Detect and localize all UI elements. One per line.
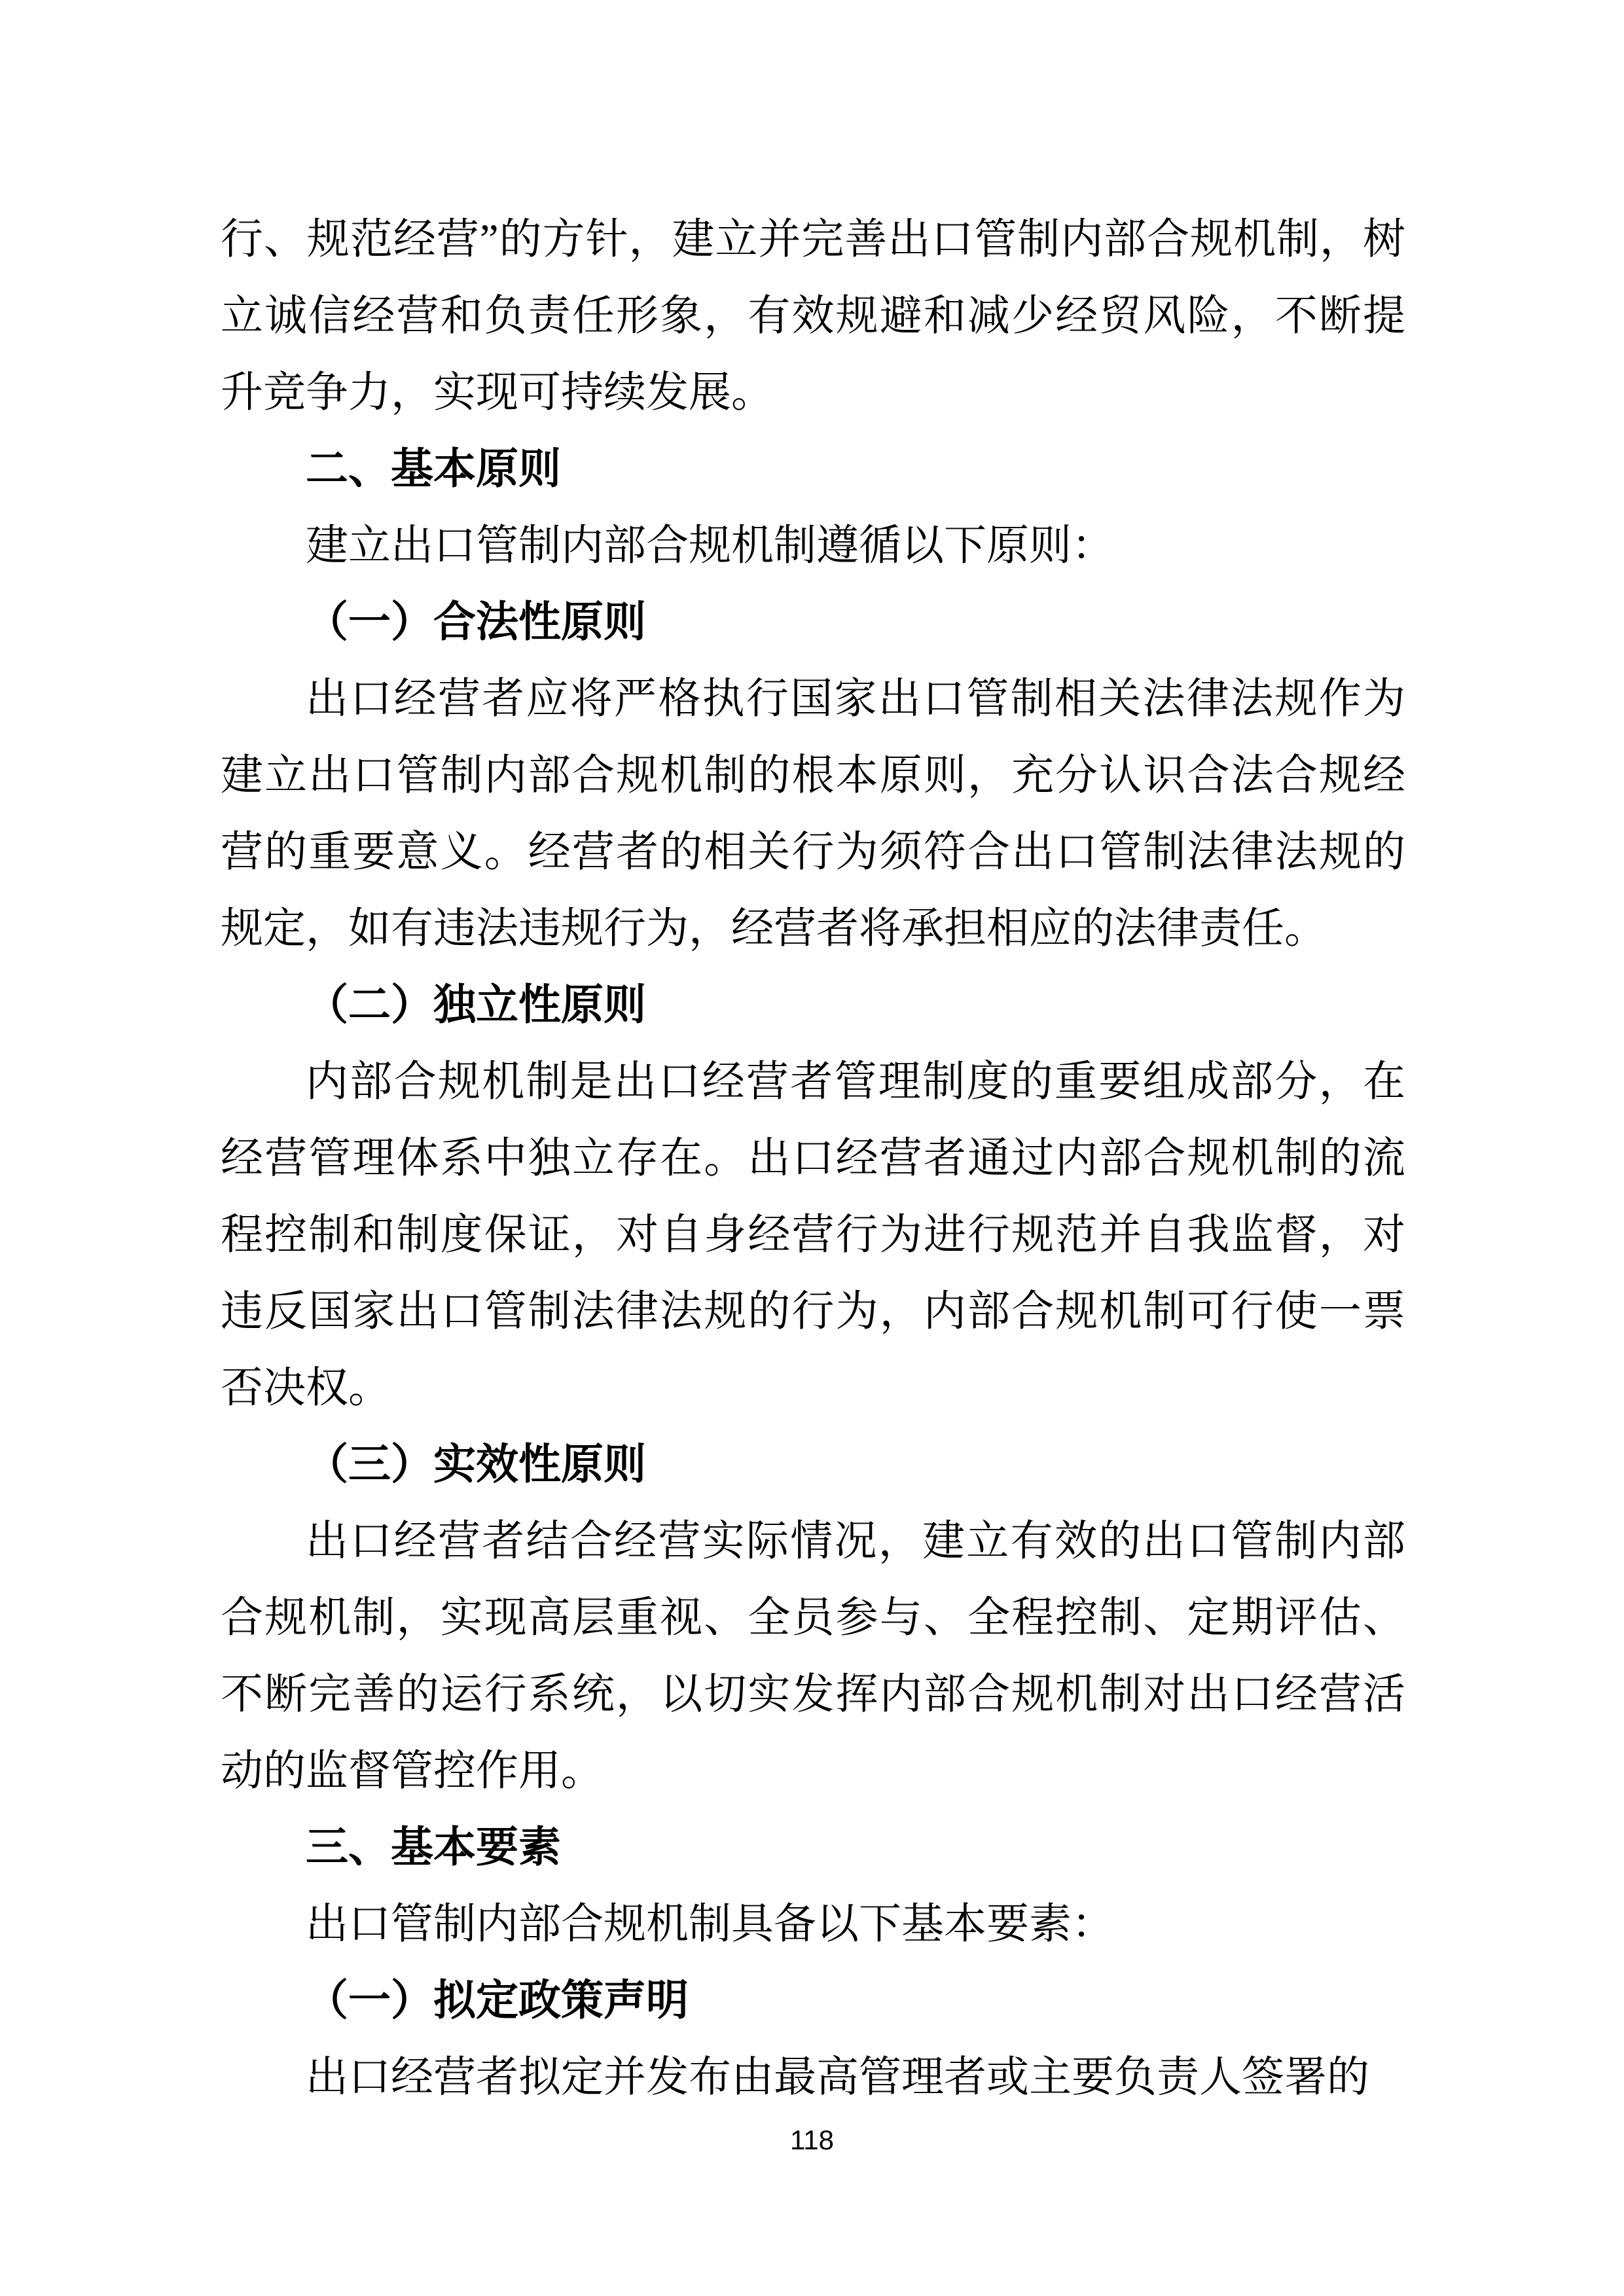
paragraph-independence-principle: 内部合规机制是出口经营者管理制度的重要组成部分，在经营管理体系中独立存在。出口经… xyxy=(221,1044,1405,1427)
paragraph-effectiveness-principle: 出口经营者结合经营实际情况，建立有效的出口管制内部合规机制，实现高层重视、全员参… xyxy=(221,1503,1405,1810)
paragraph-legality-principle: 出口经营者应将严格执行国家出口管制相关法律法规作为建立出口管制内部合规机制的根本… xyxy=(221,661,1405,967)
paragraph-policy-statement: 出口经营者拟定并发布由最高管理者或主要负责人签署的 xyxy=(221,2039,1405,2116)
section-heading-basic-elements: 三、基本要素 xyxy=(221,1810,1405,1886)
document-page: 行、规范经营”的方针，建立并完善出口管制内部合规机制，树立诚信经营和负责任形象，… xyxy=(0,0,1624,2296)
page-number: 118 xyxy=(0,2125,1624,2156)
subsection-heading-legality-principle: （一）合法性原则 xyxy=(221,584,1405,661)
section-heading-basic-principles: 二、基本原则 xyxy=(221,431,1405,508)
paragraph-continuation: 行、规范经营”的方针，建立并完善出口管制内部合规机制，树立诚信经营和负责任形象，… xyxy=(221,202,1405,431)
paragraph-principles-intro: 建立出口管制内部合规机制遵循以下原则： xyxy=(221,508,1405,584)
subsection-heading-independence-principle: （二）独立性原则 xyxy=(221,967,1405,1044)
subsection-heading-policy-statement: （一）拟定政策声明 xyxy=(221,1963,1405,2039)
paragraph-elements-intro: 出口管制内部合规机制具备以下基本要素： xyxy=(221,1886,1405,1963)
subsection-heading-effectiveness-principle: （三）实效性原则 xyxy=(221,1427,1405,1503)
document-text-block: 行、规范经营”的方针，建立并完善出口管制内部合规机制，树立诚信经营和负责任形象，… xyxy=(221,202,1405,2116)
